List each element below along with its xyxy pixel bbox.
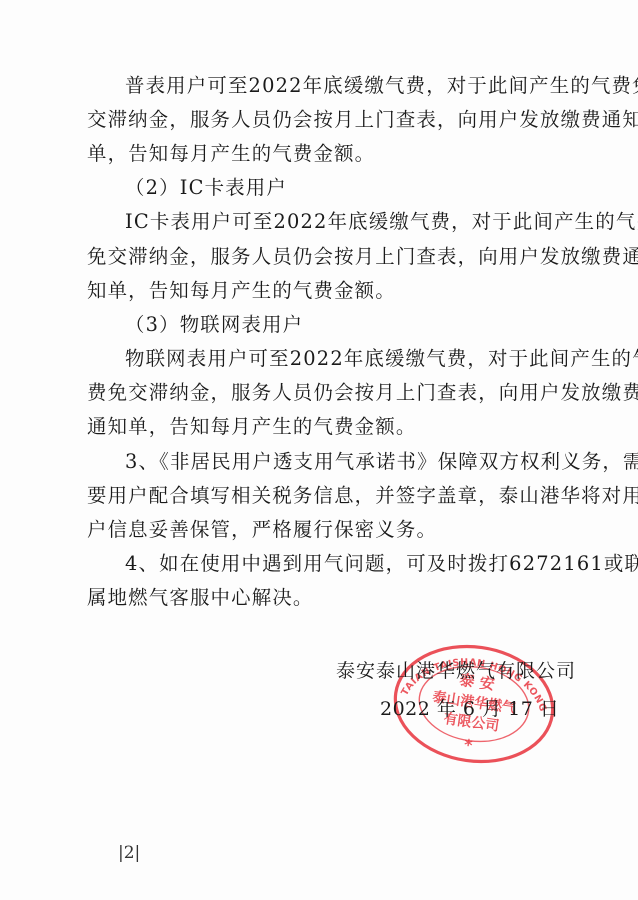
section-heading-ic-card: （2）IC卡表用户 xyxy=(125,176,425,200)
paragraph-line: 要用户配合填写相关税务信息，并签字盖章，泰山港华将对用 xyxy=(87,484,571,508)
paragraph-line: 普表用户可至2022年底缓缴气费，对于此间产生的气费免 xyxy=(125,74,571,98)
paragraph-line: 费免交滞纳金，服务人员仍会按月上门查表，向用户发放缴费 xyxy=(87,381,571,405)
section-heading-iot-meter: （3）物联网表用户 xyxy=(125,313,425,337)
document-page: 普表用户可至2022年底缓缴气费，对于此间产生的气费免 交滞纳金，服务人员仍会按… xyxy=(0,0,638,900)
paragraph-line: 通知单，告知每月产生的气费金额。 xyxy=(87,415,571,439)
paragraph-line: 4、如在使用中遇到用气问题，可及时拨打6272161或联系 xyxy=(125,552,571,576)
paragraph-line: 3、《非居民用户透支用气承诺书》保障双方权利义务，需 xyxy=(125,450,571,474)
stamp-star: * xyxy=(463,735,475,755)
paragraph-line: 物联网表用户可至2022年底缓缴气费，对于此间产生的气 xyxy=(125,347,571,371)
page-number: |2| xyxy=(118,843,140,863)
paragraph-line: 免交滞纳金，服务人员仍会按月上门查表，向用户发放缴费通 xyxy=(87,245,571,269)
paragraph-line: IC卡表用户可至2022年底缓缴气费，对于此间产生的气费 xyxy=(125,210,571,234)
paragraph-line: 户信息妥善保管，严格履行保密义务。 xyxy=(87,518,571,542)
paragraph-line: 知单，告知每月产生的气费金额。 xyxy=(87,279,571,303)
signature-date: 2022 年 6 月 17 日 xyxy=(380,697,559,721)
paragraph-line: 属地燃气客服中心解决。 xyxy=(87,586,571,610)
paragraph-line: 交滞纳金，服务人员仍会按月上门查表，向用户发放缴费通知 xyxy=(87,108,571,132)
signature-company-name: 泰安泰山港华燃气有限公司 xyxy=(336,659,576,683)
paragraph-line: 单，告知每月产生的气费金额。 xyxy=(87,142,571,166)
